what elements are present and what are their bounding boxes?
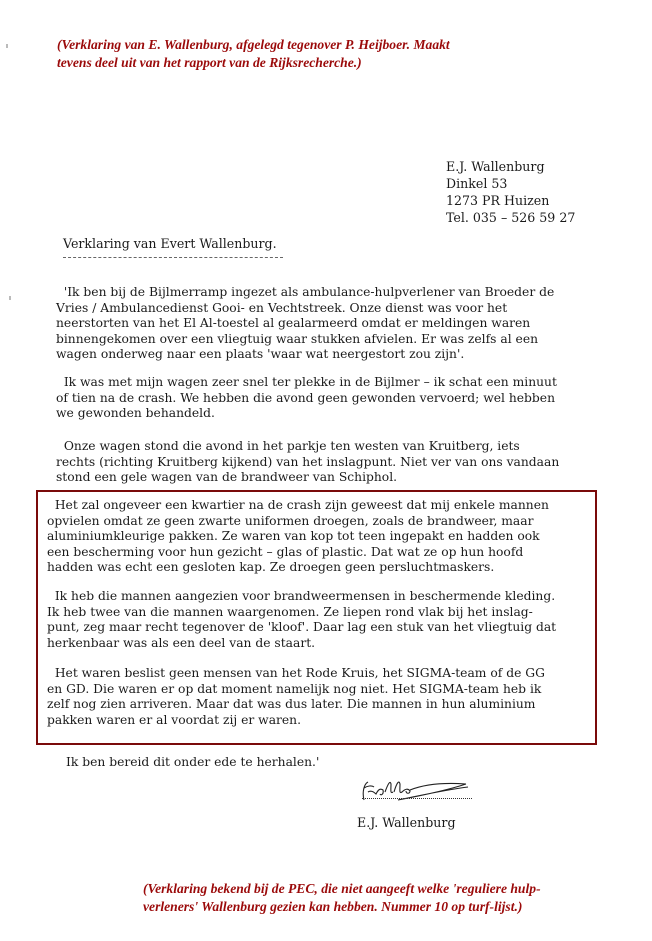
closing-line: Ik ben bereid dit onder ede te herhalen.… bbox=[66, 754, 319, 770]
text-line: Het zal ongeveer een kwartier na de cras… bbox=[47, 498, 592, 514]
text-line: en GD. Die waren er op dat moment nameli… bbox=[47, 682, 592, 698]
text-line: zelf nog zien arriveren. Maar dat was du… bbox=[47, 697, 592, 713]
margin-mark bbox=[6, 44, 8, 48]
text-line: punt, zeg maar recht tegenover de 'kloof… bbox=[47, 620, 592, 636]
text-line: 'Ik ben bij de Bijlmerramp ingezet als a… bbox=[56, 285, 616, 301]
text-line: rechts (richting Kruitberg kijkend) van … bbox=[56, 455, 616, 471]
sender-name: E.J. Wallenburg bbox=[446, 158, 575, 175]
editor-note-line: tevens deel uit van het rapport van de R… bbox=[57, 54, 577, 72]
margin-mark bbox=[9, 296, 11, 300]
box-paragraph: Ik heb die mannen aangezien voor brandwe… bbox=[47, 589, 592, 651]
text-line: Ik heb twee van die mannen waargenomen. … bbox=[47, 605, 592, 621]
box-paragraph: Het zal ongeveer een kwartier na de cras… bbox=[47, 498, 592, 576]
text-line: hadden was echt een gesloten kap. Ze dro… bbox=[47, 560, 592, 576]
text-line: Onze wagen stond die avond in het parkje… bbox=[56, 439, 616, 455]
paragraph: 'Ik ben bij de Bijlmerramp ingezet als a… bbox=[56, 285, 616, 363]
sender-address: E.J. Wallenburg Dinkel 53 1273 PR Huizen… bbox=[446, 158, 575, 226]
signature-icon bbox=[358, 770, 478, 810]
highlighted-box: Het zal ongeveer een kwartier na de cras… bbox=[36, 490, 597, 745]
paragraph: Onze wagen stond die avond in het parkje… bbox=[56, 439, 616, 486]
text-line: we gewonden behandeld. bbox=[56, 406, 616, 422]
title-underline bbox=[63, 257, 283, 258]
editor-note-bottom: (Verklaring bekend bij de PEC, die niet … bbox=[143, 880, 613, 916]
sender-postal-city: 1273 PR Huizen bbox=[446, 192, 575, 209]
text-line: Ik was met mijn wagen zeer snel ter plek… bbox=[56, 375, 616, 391]
text-line: opvielen omdat ze geen zwarte uniformen … bbox=[47, 514, 592, 530]
editor-note-top: (Verklaring van E. Wallenburg, afgelegd … bbox=[57, 36, 577, 72]
editor-note-line: (Verklaring bekend bij de PEC, die niet … bbox=[143, 880, 613, 898]
text-line: binnengekomen over een vliegtuig waar st… bbox=[56, 332, 616, 348]
signer-name: E.J. Wallenburg bbox=[357, 814, 456, 831]
text-line: herkenbaar was als een deel van de staar… bbox=[47, 636, 592, 652]
text-line: Ik heb die mannen aangezien voor brandwe… bbox=[47, 589, 592, 605]
text-line: pakken waren er al voordat zij er waren. bbox=[47, 713, 592, 729]
paragraph: Ik was met mijn wagen zeer snel ter plek… bbox=[56, 375, 616, 422]
sender-street: Dinkel 53 bbox=[446, 175, 575, 192]
editor-note-line: (Verklaring van E. Wallenburg, afgelegd … bbox=[57, 36, 577, 54]
text-line: Het waren beslist geen mensen van het Ro… bbox=[47, 666, 592, 682]
text-line: of tien na de crash. We hebben die avond… bbox=[56, 391, 616, 407]
document-title: Verklaring van Evert Wallenburg. bbox=[63, 235, 277, 252]
editor-note-line: verleners' Wallenburg gezien kan hebben.… bbox=[143, 898, 613, 916]
text-line: stond een gele wagen van de brandweer va… bbox=[56, 470, 616, 486]
text-line: neerstorten van het El Al-toestel al gea… bbox=[56, 316, 616, 332]
text-line: een bescherming voor hun gezicht – glas … bbox=[47, 545, 592, 561]
text-line: Vries / Ambulancedienst Gooi- en Vechtst… bbox=[56, 301, 616, 317]
text-line: wagen onderweg naar een plaats 'waar wat… bbox=[56, 347, 616, 363]
box-paragraph: Het waren beslist geen mensen van het Ro… bbox=[47, 666, 592, 728]
signature-line bbox=[362, 798, 472, 799]
sender-phone: Tel. 035 – 526 59 27 bbox=[446, 209, 575, 226]
text-line: aluminiumkleurige pakken. Ze waren van k… bbox=[47, 529, 592, 545]
